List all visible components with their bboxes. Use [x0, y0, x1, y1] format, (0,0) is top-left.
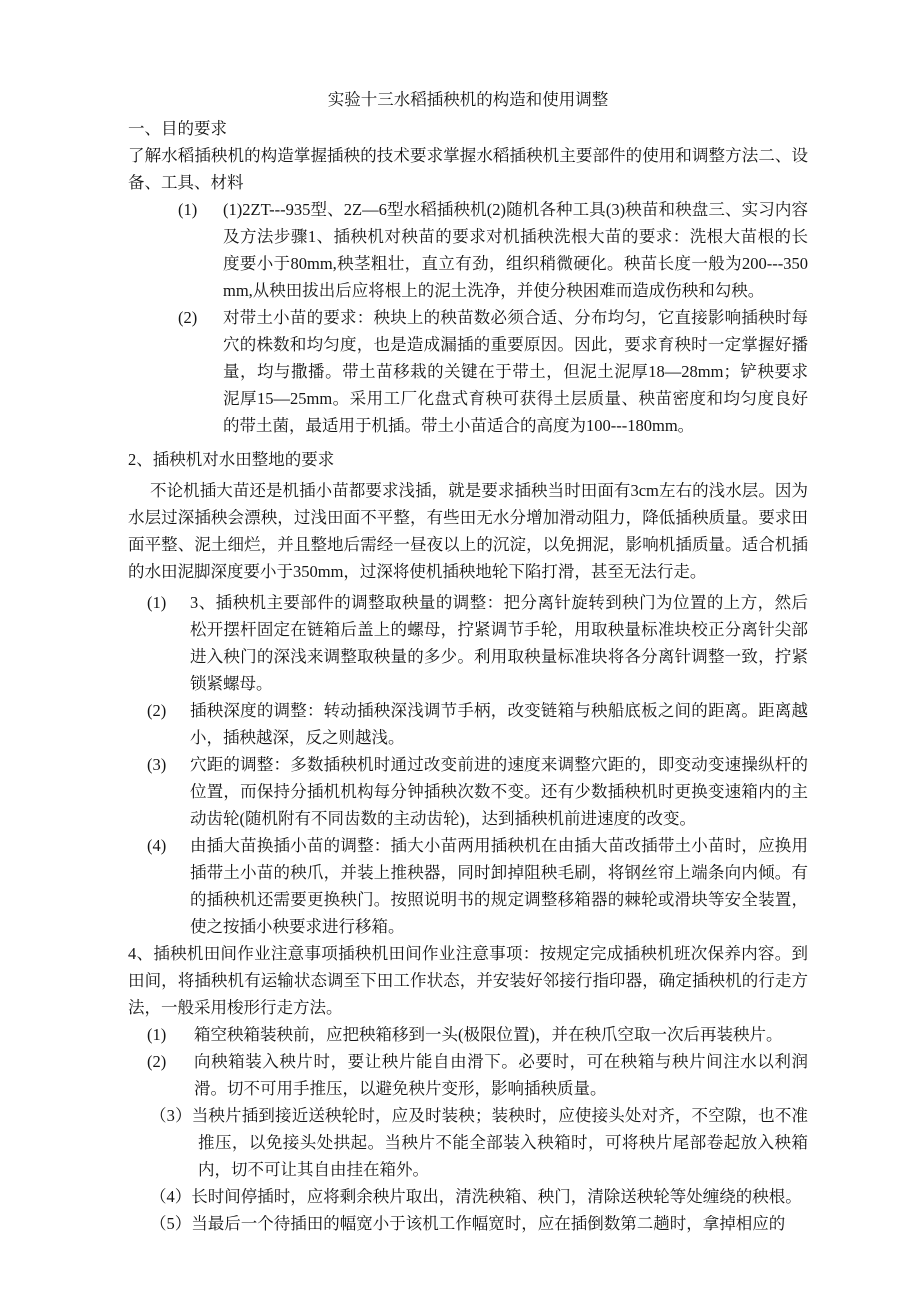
- list-item: (2)向秧箱装入秧片时，要让秧片能自由滑下。必要时，可在秧箱与秧片间注水以利润滑…: [128, 1048, 808, 1102]
- list-item-text: 向秧箱装入秧片时，要让秧片能自由滑下。必要时，可在秧箱与秧片间注水以利润滑。切不…: [194, 1052, 808, 1098]
- doc-title: 实验十三水稻插秧机的构造和使用调整: [128, 86, 808, 113]
- list-item-text: 由插大苗换插小苗的调整：插大小苗两用插秧机在由插大苗改插带土小苗时，应换用插带土…: [190, 836, 808, 936]
- list-item: (1)(1)2ZT---935型、2Z—6型水稻插秧机(2)随机各种工具(3)秧…: [128, 196, 808, 304]
- heading-purpose: 一、目的要求: [128, 115, 808, 142]
- adjustment-list: (1)3、插秧机主要部件的调整取秧量的调整：把分离针旋转到秧门为位置的上方，然后…: [128, 589, 808, 940]
- list-item-text: 箱空秧箱装秧前，应把秧箱移到一头(极限位置)，并在秧爪空取一次后再装秧片。: [194, 1025, 783, 1044]
- list-item-text: 插秧深度的调整：转动插秧深浅调节手柄，改变链箱与秧船底板之间的距离。距离越小，插…: [190, 701, 808, 747]
- list-item-text: 3、插秧机主要部件的调整取秧量的调整：把分离针旋转到秧门为位置的上方，然后松开摆…: [190, 593, 808, 693]
- paragraph-field-operation: 4、插秧机田间作业注意事项插秧机田间作业注意事项：按规定完成插秧机班次保养内容。…: [128, 940, 808, 1021]
- list-item-number: (2): [147, 697, 166, 724]
- list-item-number: (1): [147, 589, 166, 616]
- list-item: (1)3、插秧机主要部件的调整取秧量的调整：把分离针旋转到秧门为位置的上方，然后…: [128, 589, 808, 697]
- list-item-number: (1): [147, 1021, 166, 1048]
- list-item: (3)穴距的调整：多数插秧机时通过改变前进的速度来调整穴距的，即变动变速操纵杆的…: [128, 751, 808, 832]
- list-item: (2)插秧深度的调整：转动插秧深浅调节手柄，改变链箱与秧船底板之间的距离。距离越…: [128, 697, 808, 751]
- document-content: 实验十三水稻插秧机的构造和使用调整 一、目的要求 了解水稻插秧机的构造掌握插秧的…: [128, 86, 808, 1237]
- list-item: （3）当秧片插到接近送秧轮时，应及时装秧；装秧时，应使接头处对齐，不空隙，也不准…: [128, 1102, 808, 1183]
- list-item: (2)对带土小苗的要求：秧块上的秧苗数必须合适、分布均匀，它直接影响插秧时每穴的…: [128, 304, 808, 439]
- list-item-number: (2): [178, 304, 197, 331]
- list-item-number: （3）: [150, 1106, 192, 1125]
- list-item-number: (3): [147, 751, 166, 778]
- paragraph-purpose: 了解水稻插秧机的构造掌握插秧的技术要求掌握水稻插秧机主要部件的使用和调整方法二、…: [128, 142, 808, 196]
- equipment-list: (1)(1)2ZT---935型、2Z—6型水稻插秧机(2)随机各种工具(3)秧…: [128, 196, 808, 439]
- list-item-text: (1)2ZT---935型、2Z—6型水稻插秧机(2)随机各种工具(3)秧苗和秧…: [223, 200, 808, 300]
- list-item-text: 当秧片插到接近送秧轮时，应及时装秧；装秧时，应使接头处对齐，不空隙，也不准推压，…: [192, 1106, 808, 1179]
- paragraph-paddy-field: 不论机插大苗还是机插小苗都要求浅插，就是要求插秧当时田面有3cm左右的浅水层。因…: [128, 477, 808, 585]
- list-item-number: (4): [147, 832, 166, 859]
- list-item-number: (1): [178, 196, 197, 223]
- list-item: （4）长时间停插时，应将剩余秧片取出，清洗秧箱、秧门，清除送秧轮等处缠绕的秧根。: [128, 1183, 808, 1210]
- list-item: （5）当最后一个待插田的幅宽小于该机工作幅宽时，应在插倒数第二趟时，拿掉相应的: [128, 1210, 808, 1237]
- document-page: 实验十三水稻插秧机的构造和使用调整 一、目的要求 了解水稻插秧机的构造掌握插秧的…: [0, 0, 920, 1302]
- list-item-text: 穴距的调整：多数插秧机时通过改变前进的速度来调整穴距的，即变动变速操纵杆的位置，…: [190, 755, 808, 828]
- list-item-text: 对带土小苗的要求：秧块上的秧苗数必须合适、分布均匀，它直接影响插秧时每穴的株数和…: [223, 308, 808, 435]
- list-item: (4)由插大苗换插小苗的调整：插大小苗两用插秧机在由插大苗改插带土小苗时，应换用…: [128, 832, 808, 940]
- heading-paddy-field: 2、插秧机对水田整地的要求: [128, 446, 808, 473]
- list-item-number: (2): [147, 1048, 166, 1075]
- list-item: (1)箱空秧箱装秧前，应把秧箱移到一头(极限位置)，并在秧爪空取一次后再装秧片。: [128, 1021, 808, 1048]
- operation-notes-list: (1)箱空秧箱装秧前，应把秧箱移到一头(极限位置)，并在秧爪空取一次后再装秧片。…: [128, 1021, 808, 1102]
